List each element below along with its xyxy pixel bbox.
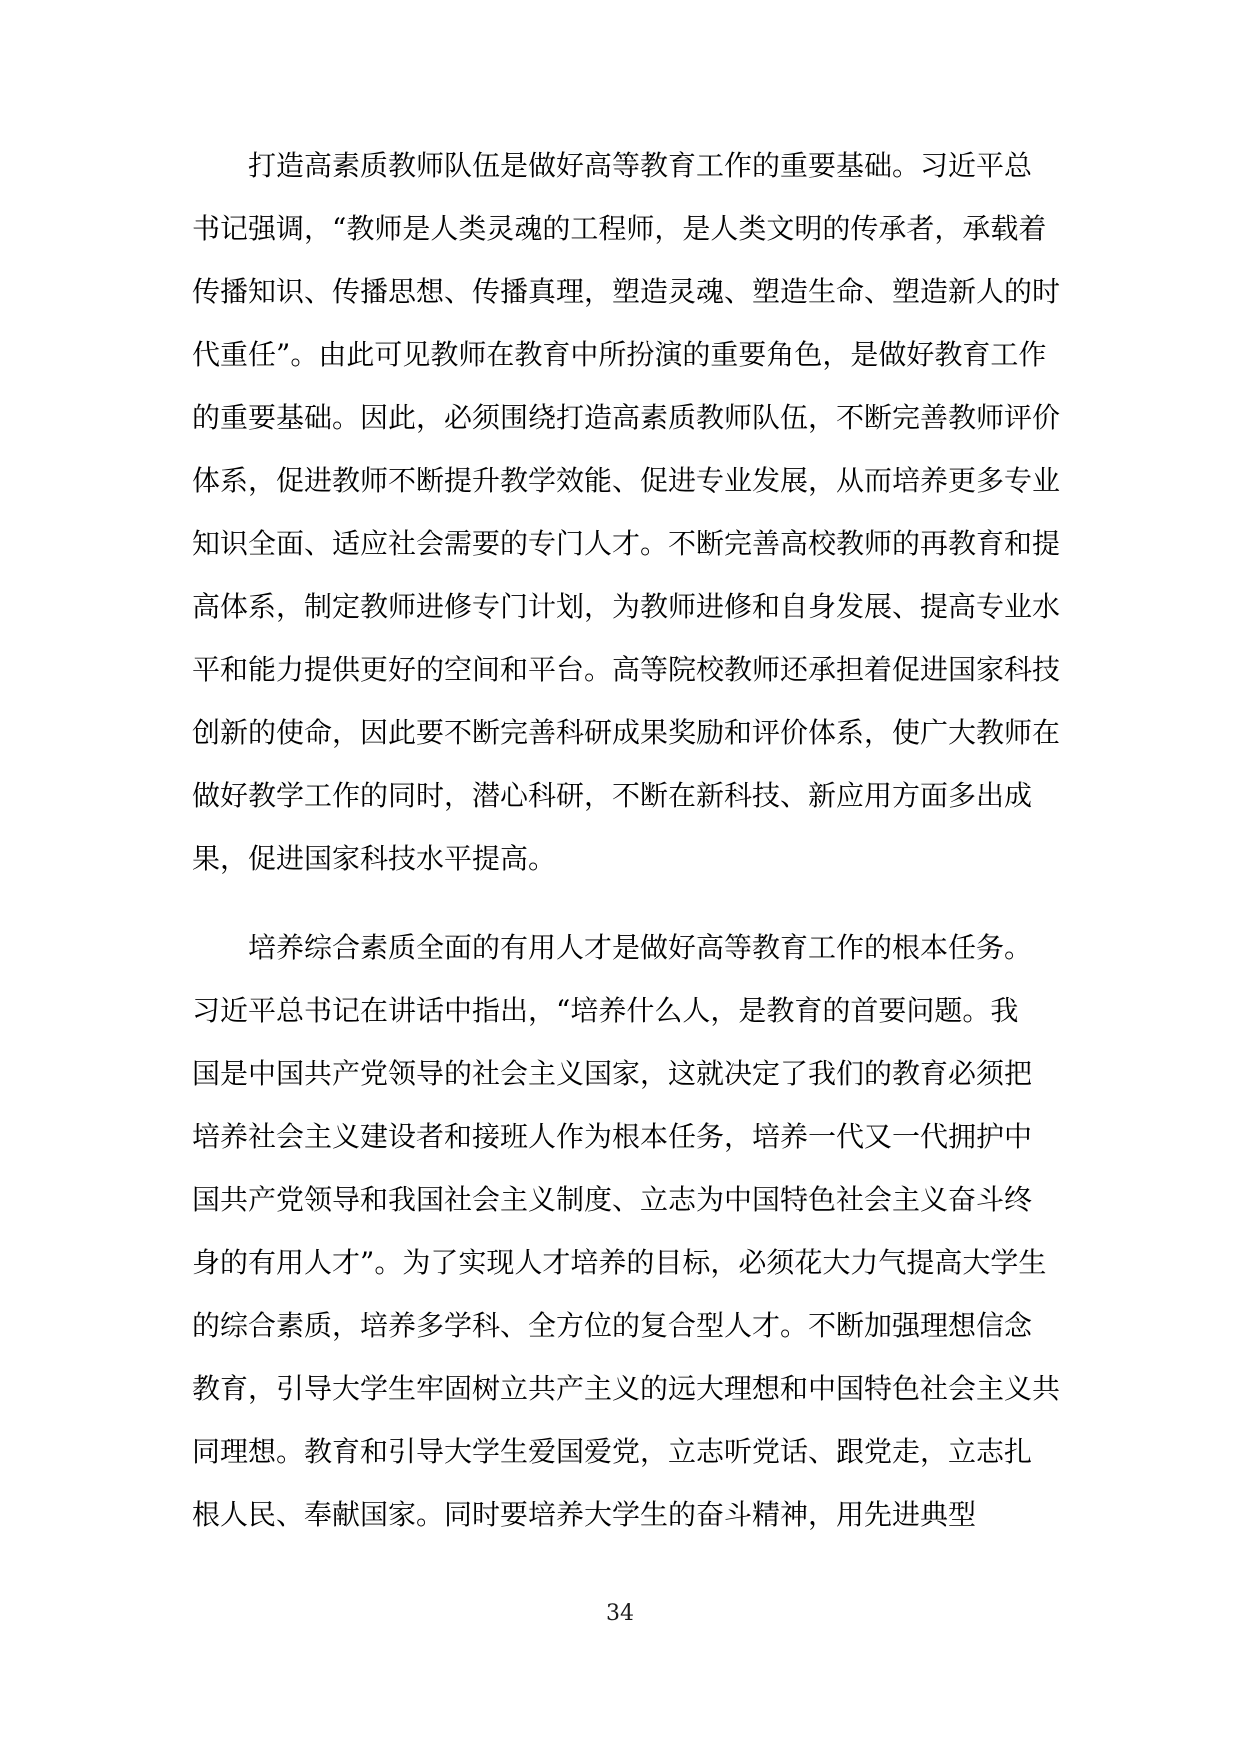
text-line: 的重要基础。因此，必须围绕打造高素质教师队伍，不断完善教师评价 bbox=[192, 386, 1072, 449]
text-line: 培养社会主义建设者和接班人作为根本任务，培养一代又一代拥护中 bbox=[192, 1105, 1072, 1168]
text-line: 书记强调，“教师是人类灵魂的工程师，是人类文明的传承者，承载着 bbox=[192, 197, 1072, 260]
text-line: 国是中国共产党领导的社会主义国家，这就决定了我们的教育必须把 bbox=[192, 1042, 1072, 1105]
page-number: 34 bbox=[0, 1601, 1240, 1626]
text-line: 国共产党领导和我国社会主义制度、立志为中国特色社会主义奋斗终 bbox=[192, 1168, 1072, 1231]
text-line: 果，促进国家科技水平提高。 bbox=[192, 827, 1072, 890]
text-line: 同理想。教育和引导大学生爱国爱党，立志听党话、跟党走，立志扎 bbox=[192, 1420, 1072, 1483]
text-line: 身的有用人才”。为了实现人才培养的目标，必须花大力气提高大学生 bbox=[192, 1231, 1072, 1294]
text-line: 的综合素质，培养多学科、全方位的复合型人才。不断加强理想信念 bbox=[192, 1294, 1072, 1357]
text-line: 体系，促进教师不断提升教学效能、促进专业发展，从而培养更多专业 bbox=[192, 449, 1072, 512]
text-line: 高体系，制定教师进修专门计划，为教师进修和自身发展、提高专业水 bbox=[192, 575, 1072, 638]
text-line: 平和能力提供更好的空间和平台。高等院校教师还承担着促进国家科技 bbox=[192, 638, 1072, 701]
text-line: 教育，引导大学生牢固树立共产主义的远大理想和中国特色社会主义共 bbox=[192, 1357, 1072, 1420]
text-line: 培养综合素质全面的有用人才是做好高等教育工作的根本任务。 bbox=[192, 916, 1072, 979]
text-line: 做好教学工作的同时，潜心科研，不断在新科技、新应用方面多出成 bbox=[192, 764, 1072, 827]
text-line: 代重任”。由此可见教师在教育中所扮演的重要角色，是做好教育工作 bbox=[192, 323, 1072, 386]
text-line: 打造高素质教师队伍是做好高等教育工作的重要基础。习近平总 bbox=[192, 134, 1072, 197]
paragraph: 打造高素质教师队伍是做好高等教育工作的重要基础。习近平总书记强调，“教师是人类灵… bbox=[192, 134, 1072, 890]
text-line: 传播知识、传播思想、传播真理，塑造灵魂、塑造生命、塑造新人的时 bbox=[192, 260, 1072, 323]
document-page: 打造高素质教师队伍是做好高等教育工作的重要基础。习近平总书记强调，“教师是人类灵… bbox=[0, 0, 1240, 1754]
text-line: 创新的使命，因此要不断完善科研成果奖励和评价体系，使广大教师在 bbox=[192, 701, 1072, 764]
paragraph: 培养综合素质全面的有用人才是做好高等教育工作的根本任务。习近平总书记在讲话中指出… bbox=[192, 916, 1072, 1546]
text-line: 知识全面、适应社会需要的专门人才。不断完善高校教师的再教育和提 bbox=[192, 512, 1072, 575]
text-line: 根人民、奉献国家。同时要培养大学生的奋斗精神，用先进典型 bbox=[192, 1483, 1072, 1546]
document-body: 打造高素质教师队伍是做好高等教育工作的重要基础。习近平总书记强调，“教师是人类灵… bbox=[192, 134, 1072, 1546]
text-line: 习近平总书记在讲话中指出，“培养什么人，是教育的首要问题。我 bbox=[192, 979, 1072, 1042]
